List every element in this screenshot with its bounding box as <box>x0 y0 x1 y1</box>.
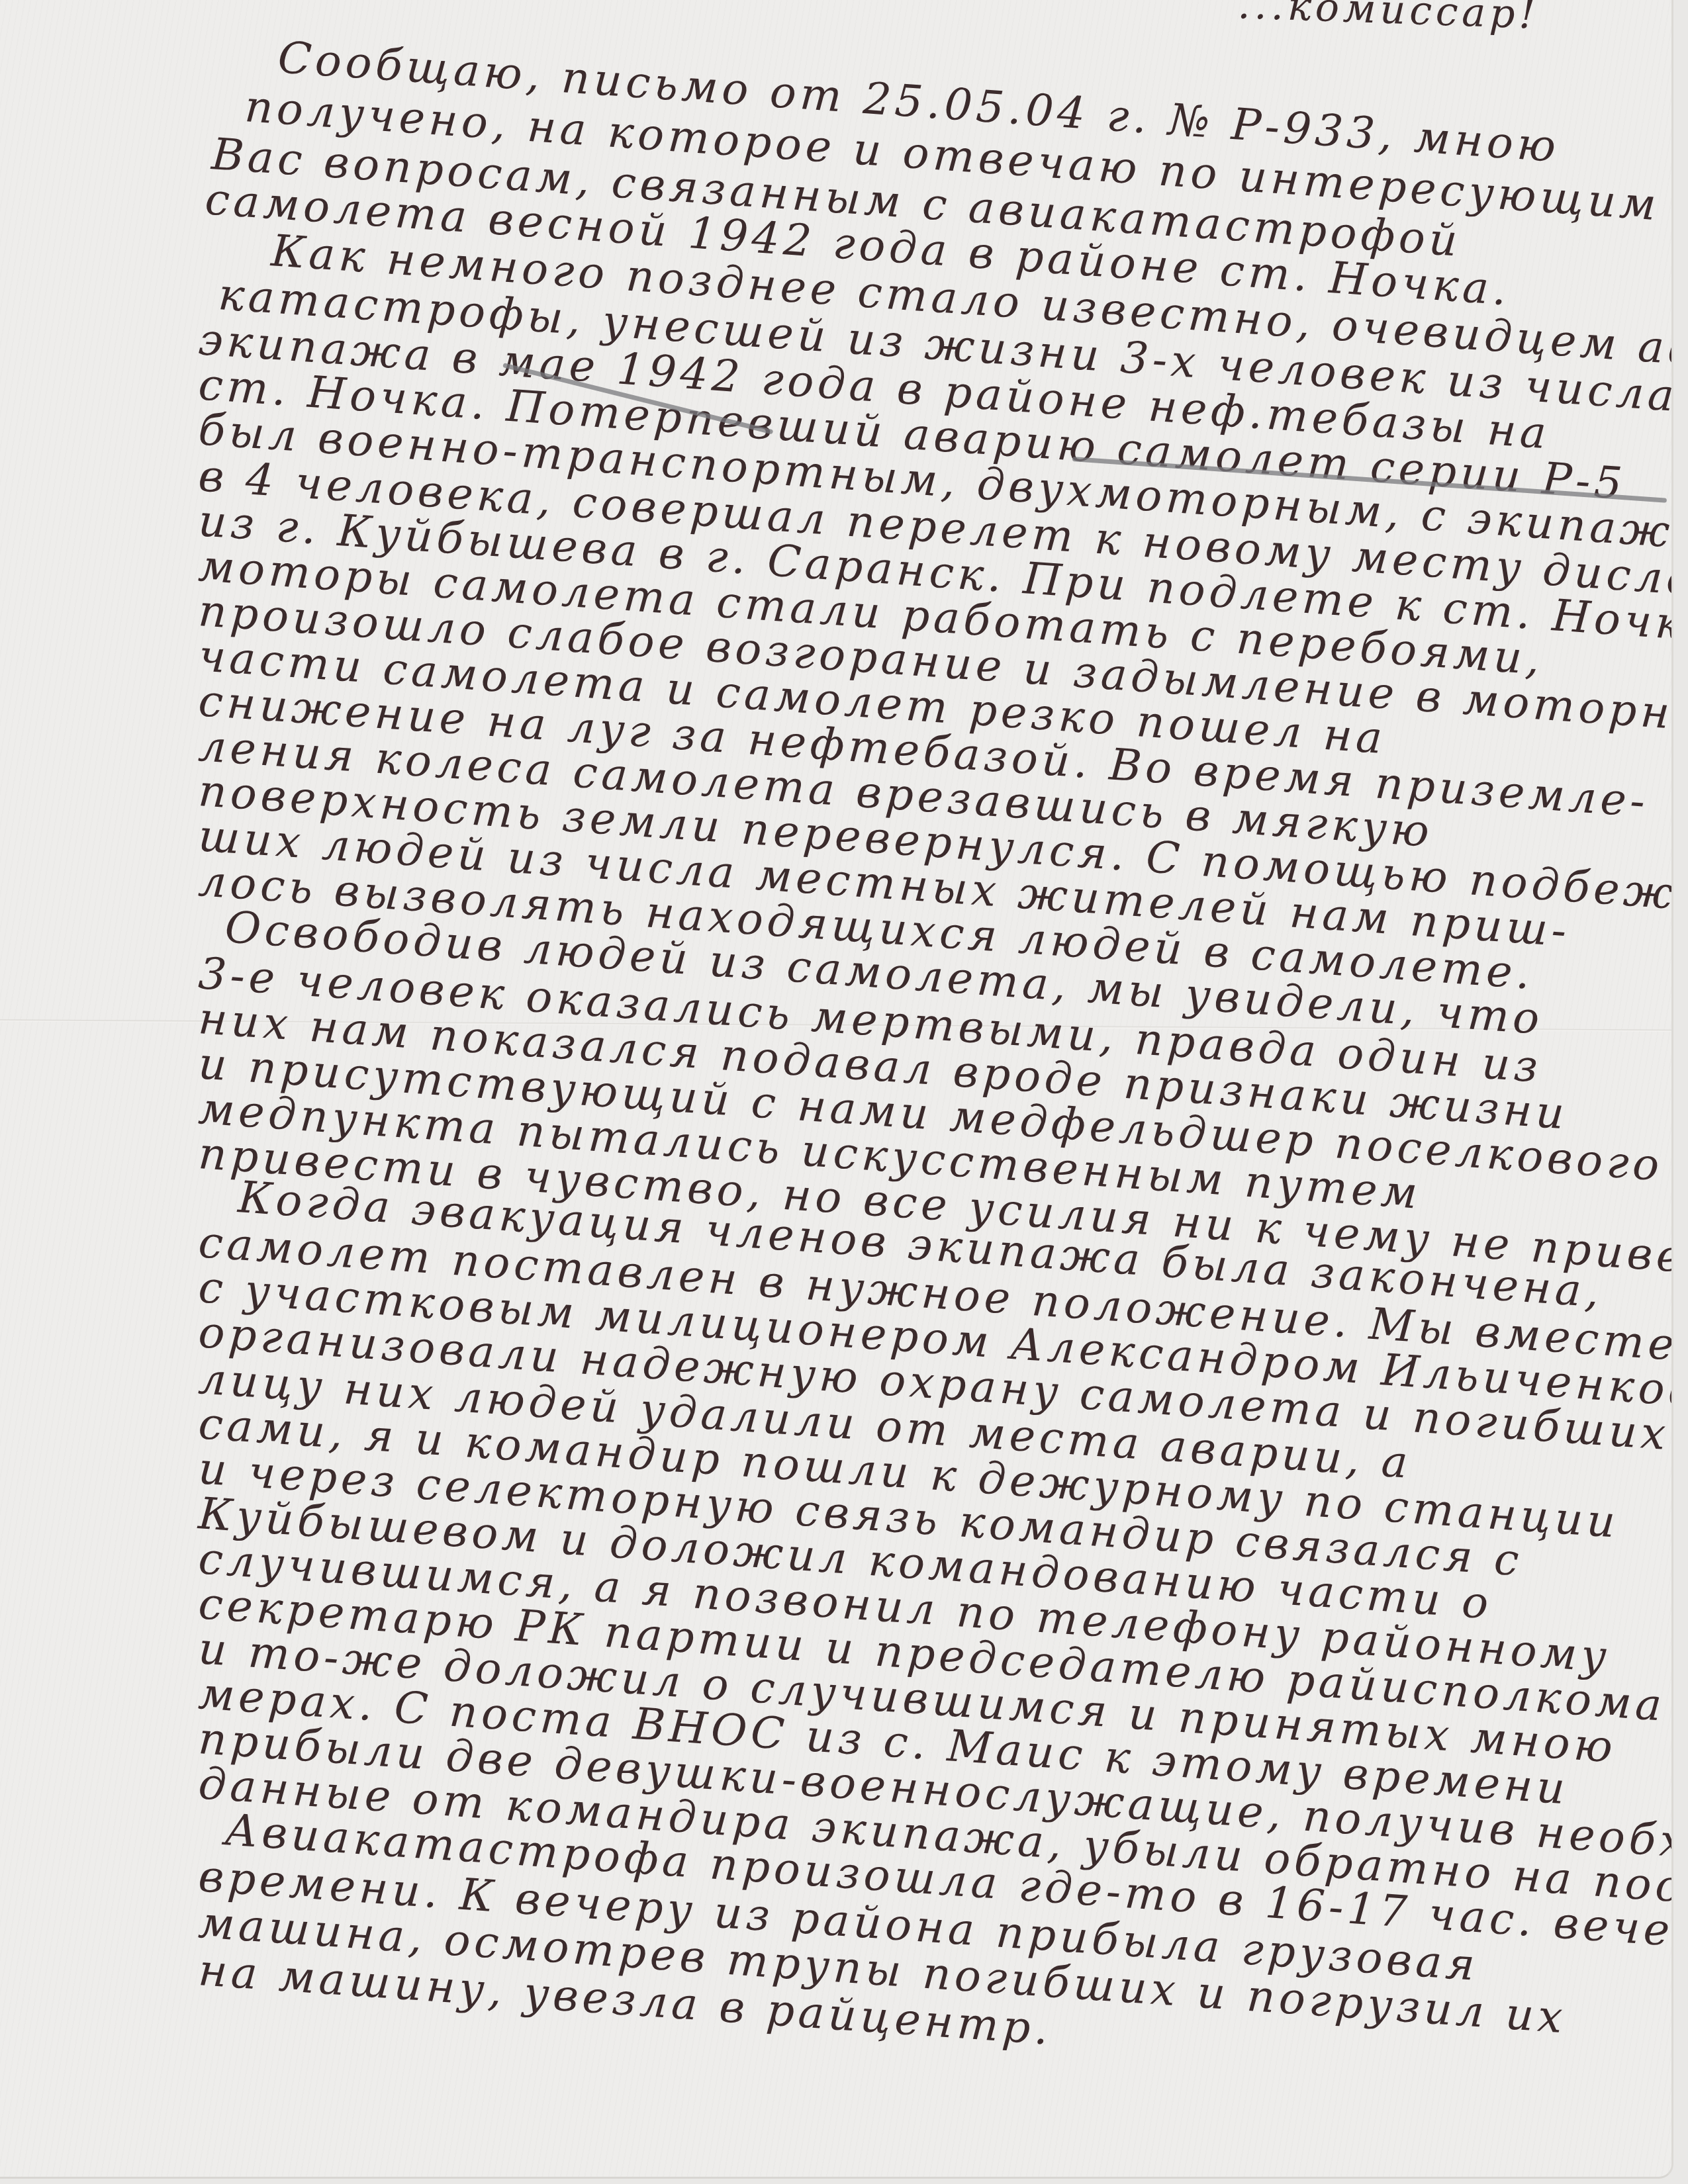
letter-page: ...комиссар! Сообщаю, письмо от 25.05.04… <box>0 0 1673 2179</box>
